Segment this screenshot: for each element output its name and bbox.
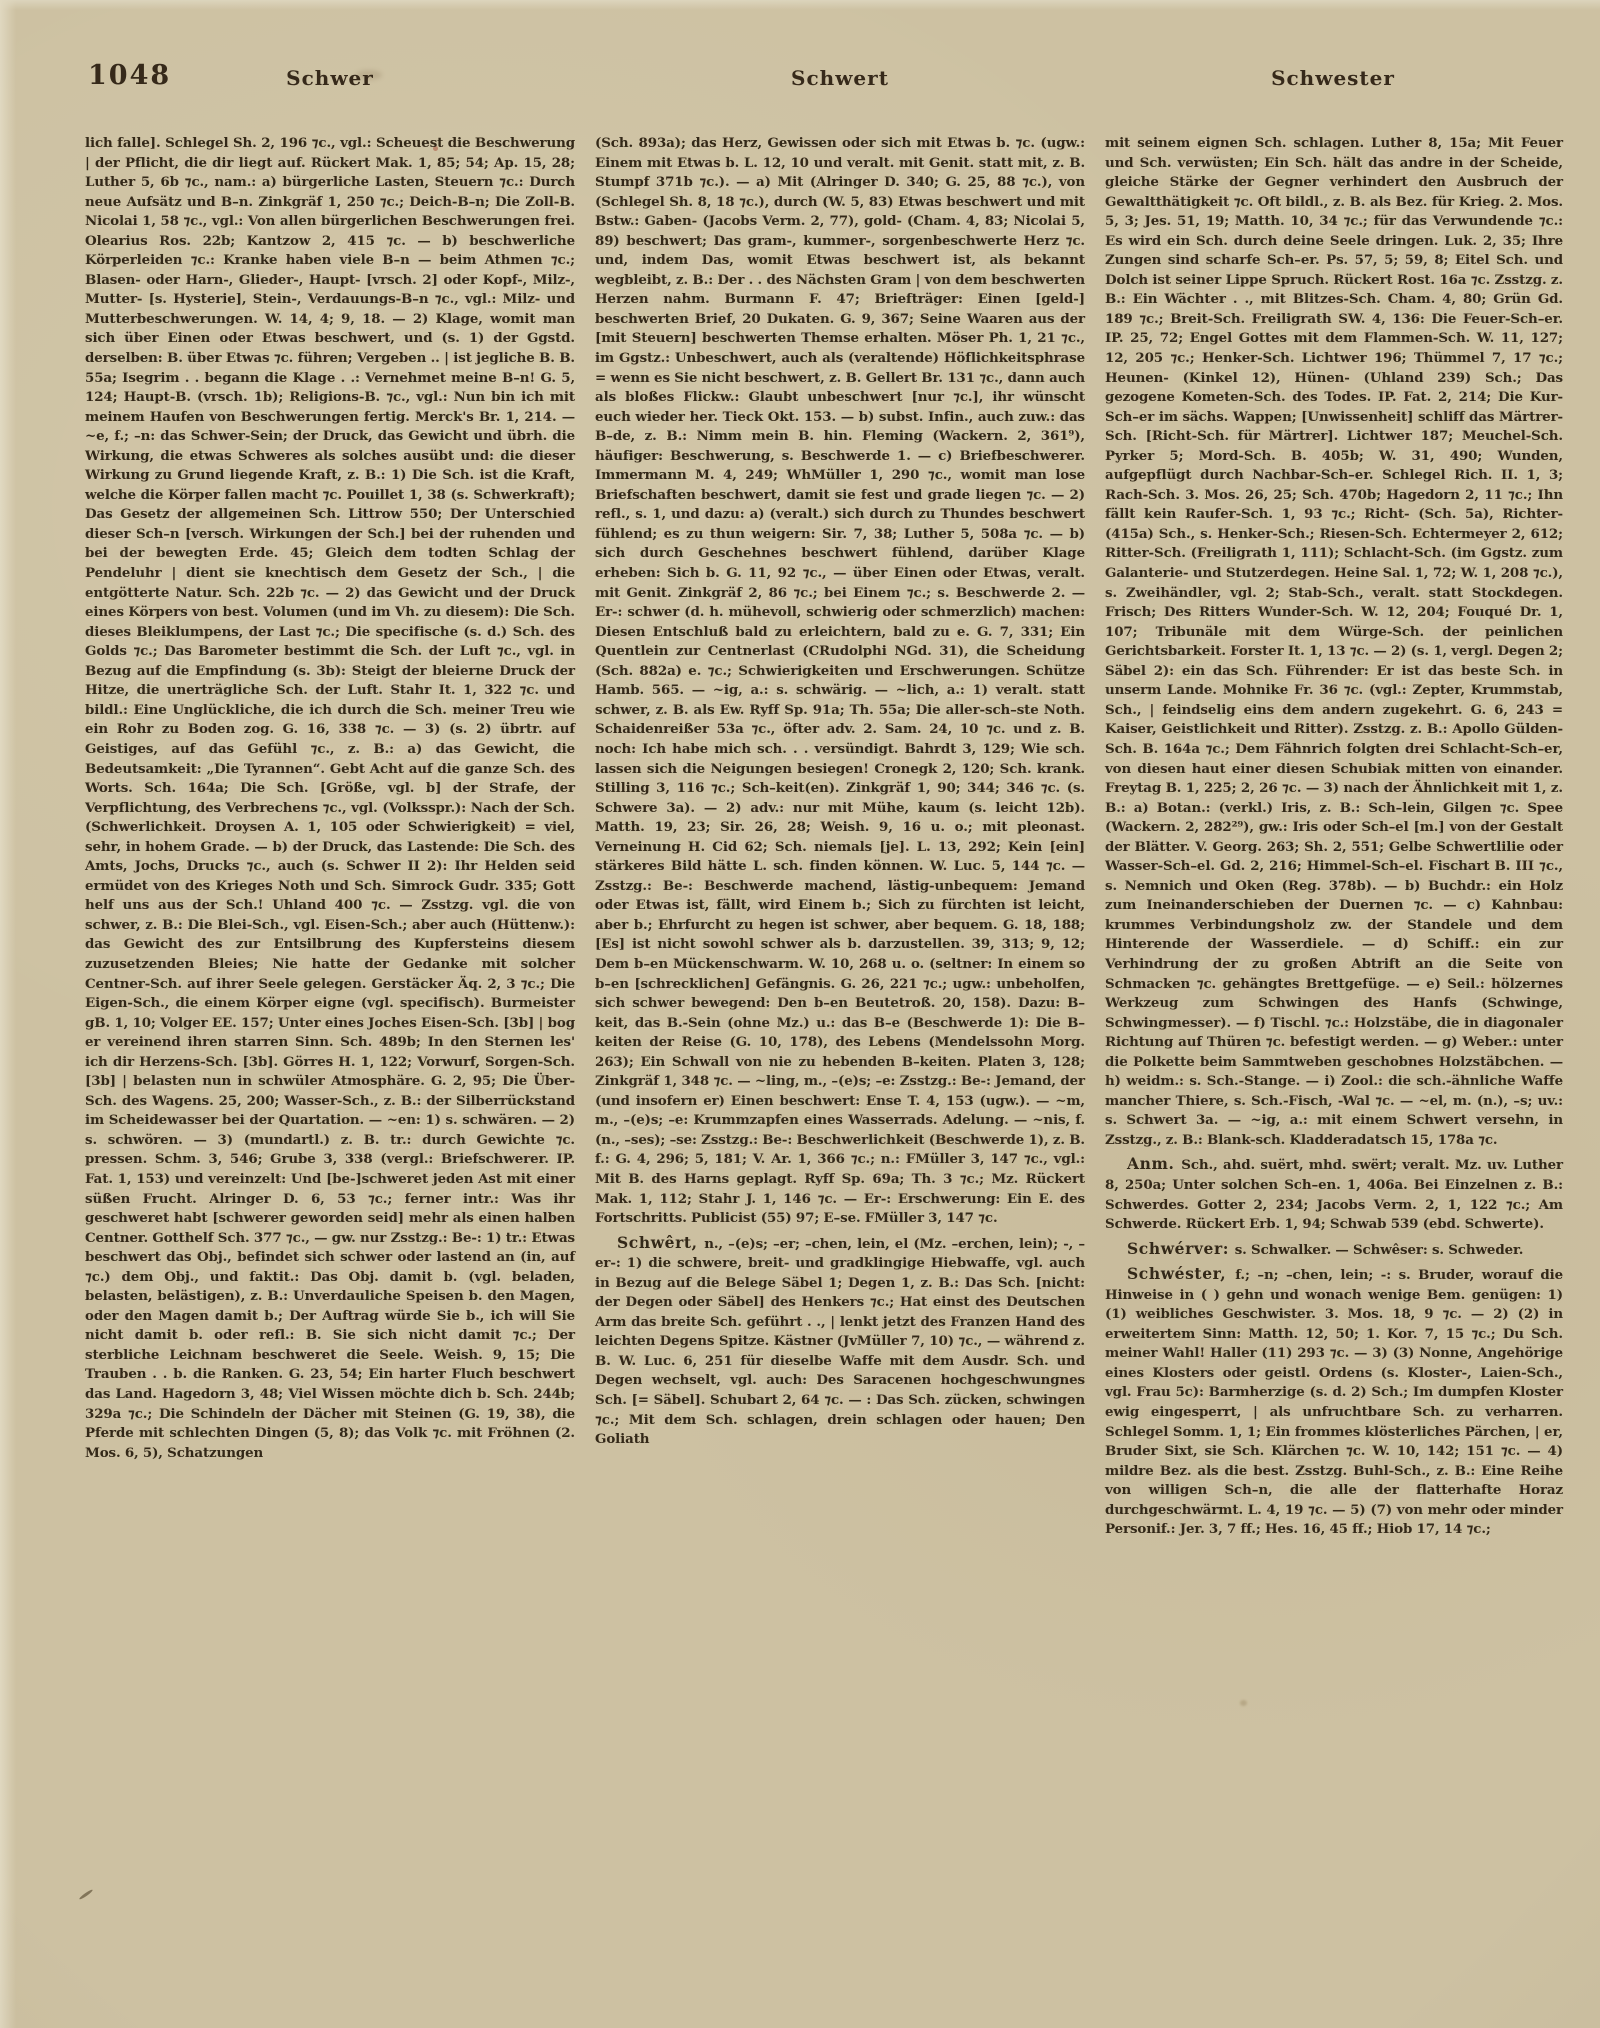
running-head-schwester: Schwester — [1105, 66, 1561, 90]
dictionary-paragraph: (Sch. 893a); das Herz, Gewissen oder sic… — [595, 134, 1085, 1229]
dictionary-paragraph: Anm. Sch., ahd. suërt, mhd. swërt; veral… — [1105, 1154, 1563, 1234]
text-column-2: (Sch. 893a); das Herz, Gewissen oder sic… — [595, 134, 1085, 1540]
entry-headword: Schwéster, — [1127, 1264, 1235, 1283]
dictionary-paragraph: lich falle]. Schlegel Sh. 2, 196 ⁊c., vg… — [85, 134, 575, 1463]
paper-stain — [1240, 1700, 1247, 1706]
dictionary-paragraph: mit seinem eignen Sch. schlagen. Luther … — [1105, 134, 1563, 1150]
entry-headword: Anm. — [1127, 1154, 1181, 1173]
text-column-3: mit seinem eignen Sch. schlagen. Luther … — [1105, 134, 1563, 1540]
dictionary-paragraph: Schwérver: s. Schwalker. — Schwêser: s. … — [1105, 1239, 1563, 1261]
scanned-dictionary-page: 1048 Schwer Schwert Schwester lich falle… — [0, 0, 1600, 2028]
dictionary-paragraph: Schwéster, f.; –n; –chen, lein; -: s. Br… — [1105, 1264, 1563, 1540]
entry-headword: Schwêrt, — [617, 1233, 704, 1252]
running-head-schwer: Schwer — [85, 66, 575, 90]
running-head-schwert: Schwert — [595, 66, 1085, 90]
entry-headword: Schwérver: — [1127, 1239, 1235, 1258]
text-column-1: lich falle]. Schlegel Sh. 2, 196 ⁊c., vg… — [85, 134, 575, 1540]
text-block: lich falle]. Schlegel Sh. 2, 196 ⁊c., vg… — [85, 134, 1563, 1540]
pen-mark — [79, 1889, 94, 1901]
dictionary-paragraph: Schwêrt, n., –(e)s; –er; –chen, lein, el… — [595, 1233, 1085, 1450]
